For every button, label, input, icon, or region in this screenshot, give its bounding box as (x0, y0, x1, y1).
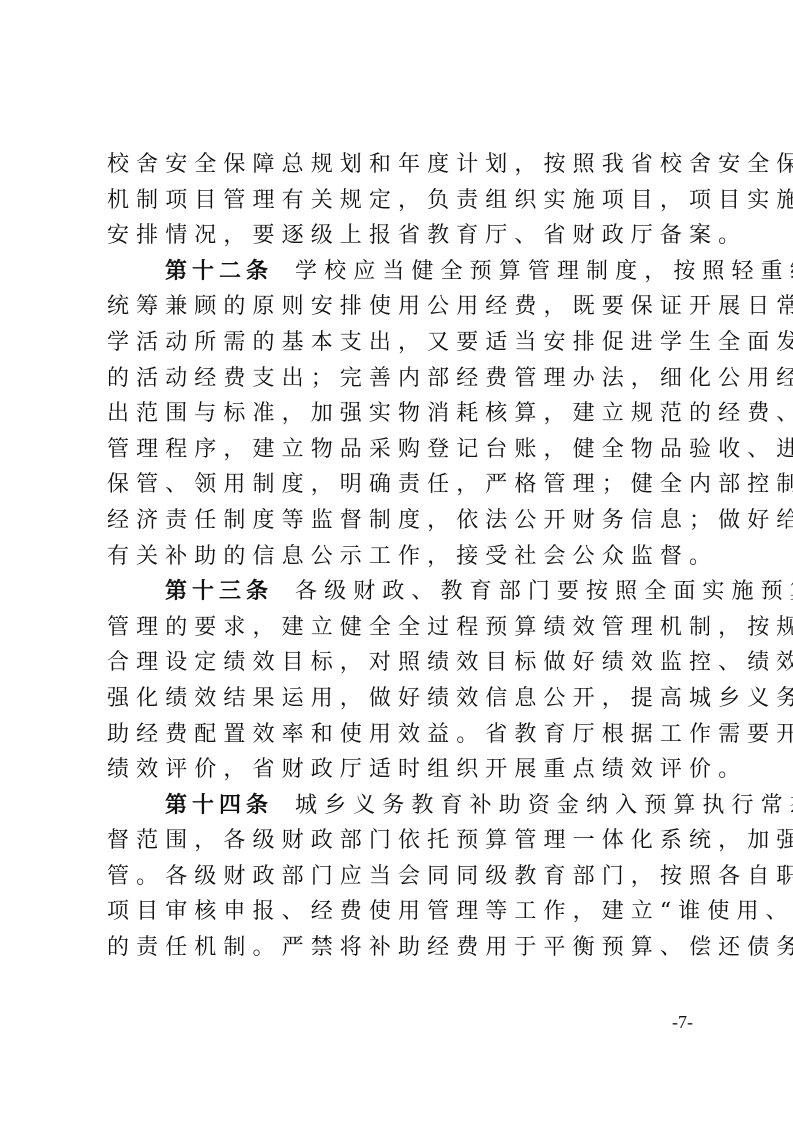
text-line: 项目审核申报、经费使用管理等工作，建立“谁使用、谁负责” (107, 894, 697, 930)
text-line: 校舍安全保障总规划和年度计划，按照我省校舍安全保障长效 (107, 147, 697, 183)
text-span: 各级财政、教育部门要按照全面实施预算绩效 (295, 579, 793, 604)
article-14-first-line: 第十四条城乡义务教育补助资金纳入预算执行常态化监 (107, 788, 697, 824)
page-number: -7- (672, 1012, 693, 1033)
text-line: 经济责任制度等监督制度，依法公开财务信息；做好给予个人 (107, 503, 697, 539)
text-line: 机制项目管理有关规定，负责组织实施项目，项目实施和资金 (107, 183, 697, 219)
text-line: 学活动所需的基本支出，又要适当安排促进学生全面发展所需 (107, 325, 697, 361)
document-page: 校舍安全保障总规划和年度计划，按照我省校舍安全保障长效 机制项目管理有关规定，负… (0, 0, 793, 1122)
article-heading: 第十三条 (165, 579, 273, 604)
article-heading: 第十二条 (165, 259, 273, 284)
text-line: 安排情况，要逐级上报省教育厅、省财政厅备案。 (107, 218, 697, 254)
text-line: 出范围与标准，加强实物消耗核算，建立规范的经费、实物等 (107, 396, 697, 432)
text-line: 督范围，各级财政部门依托预算管理一体化系统，加强日常监 (107, 823, 697, 859)
text-line: 的责任机制。严禁将补助经费用于平衡预算、偿还债务、支付 (107, 930, 697, 966)
text-span: 学校应当健全预算管理制度，按照轻重缓急、 (295, 259, 793, 284)
text-line: 有关补助的信息公示工作，接受社会公众监督。 (107, 539, 697, 575)
body-text: 校舍安全保障总规划和年度计划，按照我省校舍安全保障长效 机制项目管理有关规定，负… (107, 147, 697, 966)
article-12-first-line: 第十二条学校应当健全预算管理制度，按照轻重缓急、 (107, 254, 697, 290)
article-heading: 第十四条 (165, 793, 273, 818)
text-line: 管。各级财政部门应当会同同级教育部门，按照各自职责加强 (107, 859, 697, 895)
text-line: 合理设定绩效目标，对照绩效目标做好绩效监控、绩效评价， (107, 645, 697, 681)
text-line: 的活动经费支出；完善内部经费管理办法，细化公用经费等支 (107, 361, 697, 397)
text-line: 强化绩效结果运用，做好绩效信息公开，提高城乡义务教育补 (107, 681, 697, 717)
article-13-first-line: 第十三条各级财政、教育部门要按照全面实施预算绩效 (107, 574, 697, 610)
text-line: 助经费配置效率和使用效益。省教育厅根据工作需要开展部门 (107, 717, 697, 753)
text-line: 统筹兼顾的原则安排使用公用经费，既要保证开展日常教育教 (107, 289, 697, 325)
text-line: 绩效评价，省财政厅适时组织开展重点绩效评价。 (107, 752, 697, 788)
text-line: 保管、领用制度，明确责任，严格管理；健全内部控制制度、 (107, 467, 697, 503)
text-line: 管理的要求，建立健全全过程预算绩效管理机制，按规定科学 (107, 610, 697, 646)
text-span: 城乡义务教育补助资金纳入预算执行常态化监 (295, 793, 793, 818)
text-line: 管理程序，建立物品采购登记台账，健全物品验收、进出库、 (107, 432, 697, 468)
